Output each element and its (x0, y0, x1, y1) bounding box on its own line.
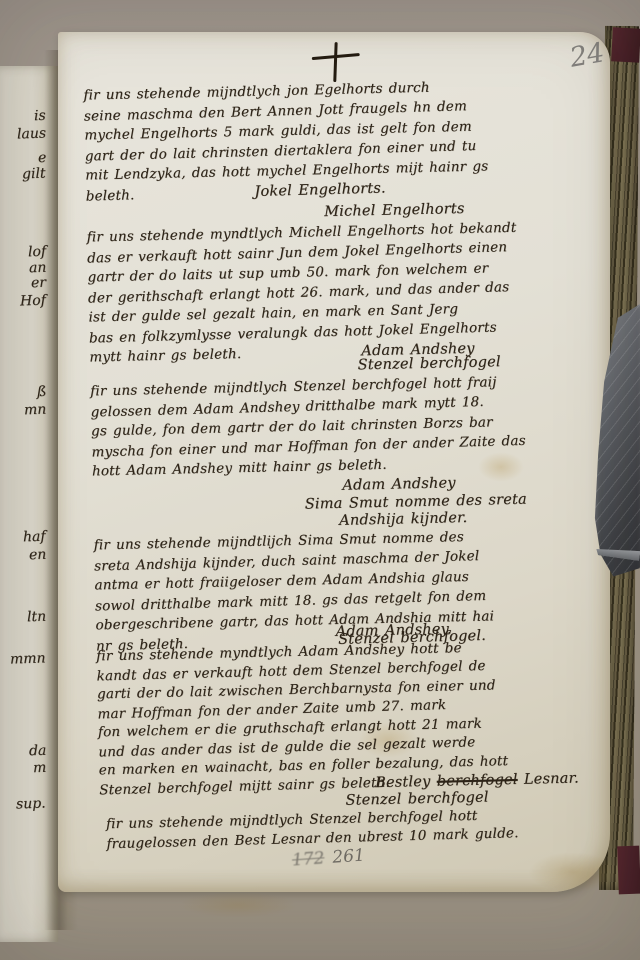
book-cover-edge-bottom (617, 846, 640, 895)
paragraph-2: fir uns stehende myndtlych Michell Engel… (86, 217, 571, 368)
paragraph-3: fir uns stehende mijndtlych Stenzel berc… (90, 371, 574, 482)
verso-text-fragment: gilt (22, 166, 46, 183)
photo-background: is laus e gilt lof an er Hof ß mn haf en… (0, 0, 640, 960)
signature: Lesnar. (517, 771, 579, 788)
paragraph-1: fir uns stehende mijndtlych jon Egelhort… (83, 75, 568, 206)
signature-heading: Adam Andshey. (335, 619, 452, 642)
verso-text-fragment: haf (23, 529, 46, 546)
verso-text-fragment: sup. (16, 795, 46, 812)
page-number: 261 (332, 845, 366, 867)
verso-text-fragment: mn (23, 402, 46, 419)
closing-word: beleth. (86, 187, 135, 204)
verso-text-fragment: laus (17, 125, 47, 142)
signature: Jokel Engelhorts. (254, 178, 386, 202)
verso-text-fragment: mmn (10, 650, 46, 667)
crossed-out-page-number: 172 (291, 848, 325, 870)
folio-number-pencil: 24 (568, 37, 607, 73)
closing-word: mytt hainr gs beleth. (89, 346, 241, 365)
paper-stain (178, 892, 298, 918)
manuscript-text: fir uns stehende mijndtlych jon Egelhort… (83, 69, 583, 870)
verso-text-fragment: Hof (20, 293, 46, 310)
book-cover-edge-top (611, 27, 640, 62)
